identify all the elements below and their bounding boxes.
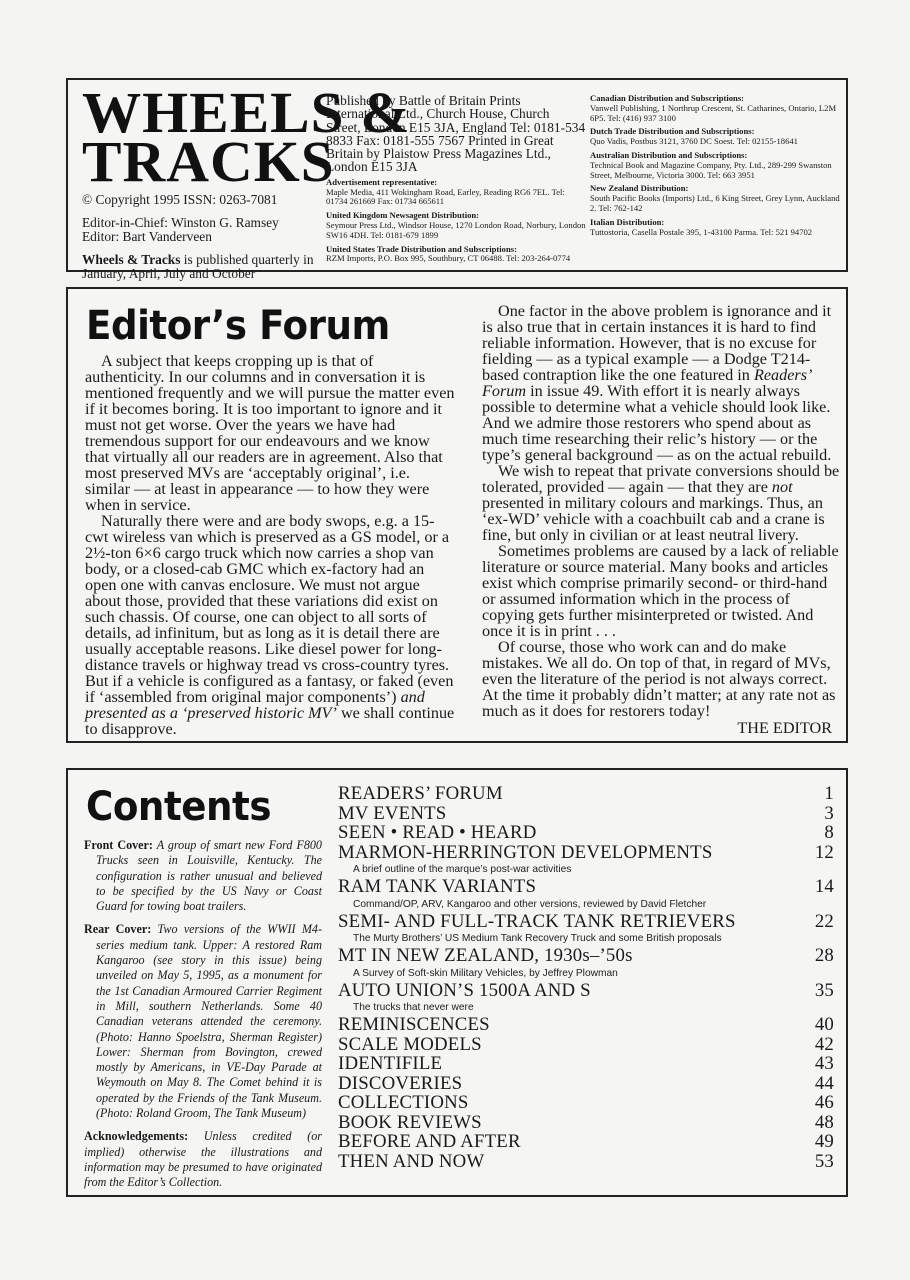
toc-entry[interactable]: SEEN • READ • HEARD8 [338,823,834,843]
toc-entry[interactable]: SEMI- AND FULL-TRACK TANK RETRIEVERS22 [338,912,834,932]
toc-page-number: 40 [815,1015,834,1035]
toc-title: AUTO UNION’S 1500A AND S [338,981,591,1001]
masthead-title-column: WHEELS & TRACKS © Copyright 1995 ISSN: 0… [82,88,332,281]
paragraph-text: Naturally there were and are body swops,… [85,512,453,706]
distribution-text: Vanwell Publishing, 1 Northrup Crescent,… [590,103,836,123]
toc-title: BEFORE AND AFTER [338,1132,521,1152]
note-label: Rear Cover: [84,922,151,936]
toc-title: IDENTIFILE [338,1054,442,1074]
toc-title: REMINISCENCES [338,1015,490,1035]
toc-entry[interactable]: DISCOVERIES44 [338,1074,834,1094]
distribution-text: Tuttostoria, Casella Postale 395, 1-4310… [590,227,812,237]
editors-forum-box: Editor’s Forum A subject that keeps crop… [66,287,848,743]
forum-title: Editor’s Forum [86,303,390,349]
cover-notes: Front Cover: A group of smart new Ford F… [84,838,322,1199]
toc-title: READERS’ FORUM [338,784,503,804]
toc-page-number: 35 [815,981,834,1001]
toc-title: RAM TANK VARIANTS [338,877,536,897]
distribution-block: Italian Distribution:Tuttostoria, Casell… [590,218,840,238]
distribution-block: United Kingdom Newsagent Distribution:Se… [326,211,586,240]
toc-title: SCALE MODELS [338,1035,482,1055]
toc-title: COLLECTIONS [338,1093,469,1113]
toc-title: BOOK REVIEWS [338,1113,482,1133]
forum-paragraph: We wish to repeat that private conversio… [482,463,842,543]
distribution-block: Dutch Trade Distribution and Subscriptio… [590,127,840,147]
toc-entry[interactable]: COLLECTIONS46 [338,1093,834,1113]
toc-page-number: 1 [824,784,834,804]
toc-entry[interactable]: MT IN NEW ZEALAND, 1930s–’50s28 [338,946,834,966]
toc-page-number: 28 [815,946,834,966]
forum-paragraph: One factor in the above problem is ignor… [482,303,842,463]
distribution-block: Canadian Distribution and Subscriptions:… [590,94,840,123]
distribution-block: Australian Distribution and Subscription… [590,151,840,180]
toc-entry[interactable]: IDENTIFILE43 [338,1054,834,1074]
paragraph-text: presented in military colours and markin… [482,494,825,544]
note-text: Two versions of the WWII M4-series mediu… [96,922,322,1120]
forum-paragraph: Naturally there were and are body swops,… [85,513,455,737]
toc-page-number: 53 [815,1152,834,1172]
distribution-block: New Zealand Distribution:South Pacific B… [590,184,840,213]
toc-title: THEN AND NOW [338,1152,484,1172]
toc-entry[interactable]: READERS’ FORUM1 [338,784,834,804]
publication-schedule: Wheels & Tracks is published quarterly i… [82,253,332,281]
international-distribution-column: Canadian Distribution and Subscriptions:… [590,94,840,237]
toc-title: MT IN NEW ZEALAND, 1930s–’50s [338,946,633,966]
distribution-text: Maple Media, 411 Wokingham Road, Earley,… [326,187,565,207]
toc-title: SEMI- AND FULL-TRACK TANK RETRIEVERS [338,912,736,932]
toc-title: MV EVENTS [338,804,446,824]
toc-page-number: 46 [815,1093,834,1113]
toc-page-number: 48 [815,1113,834,1133]
toc-page-number: 8 [824,823,834,843]
toc-subtitle: A Survey of Soft-skin Military Vehicles,… [338,966,834,981]
toc-page-number: 49 [815,1132,834,1152]
forum-paragraph: Sometimes problems are caused by a lack … [482,543,842,639]
publication-name: Wheels & Tracks [82,252,180,267]
toc-entry[interactable]: THEN AND NOW53 [338,1152,834,1172]
toc-entry[interactable]: BOOK REVIEWS48 [338,1113,834,1133]
editors-block: Editor-in-Chief: Winston G. Ramsey Edito… [82,216,332,244]
toc-title: DISCOVERIES [338,1074,462,1094]
toc-page-number: 43 [815,1054,834,1074]
forum-right-column: One factor in the above problem is ignor… [482,303,842,736]
toc-subtitle: Command/OP, ARV, Kangaroo and other vers… [338,897,834,912]
toc-entry[interactable]: BEFORE AND AFTER49 [338,1132,834,1152]
toc-entry[interactable]: RAM TANK VARIANTS14 [338,877,834,897]
copyright-line: © Copyright 1995 ISSN: 0263-7081 [82,192,332,207]
contents-box: Contents Front Cover: A group of smart n… [66,768,848,1197]
table-of-contents: READERS’ FORUM1MV EVENTS3SEEN • READ • H… [338,784,834,1171]
forum-left-column: A subject that keeps cropping up is that… [85,353,455,737]
toc-entry[interactable]: MV EVENTS3 [338,804,834,824]
paragraph-text: in issue 49. With effort it is nearly al… [482,382,831,464]
front-cover-note: Front Cover: A group of smart new Ford F… [84,838,322,914]
distribution-block: Advertisement representative:Maple Media… [326,178,586,207]
publisher-column: Published by Battle of Britain Prints In… [326,94,586,264]
contents-title: Contents [86,784,271,830]
distribution-block: United States Trade Distribution and Sub… [326,245,586,265]
note-label: Front Cover: [84,838,153,852]
logo-line-2: TRACKS [82,137,337,186]
toc-page-number: 22 [815,912,834,932]
toc-page-number: 3 [824,804,834,824]
toc-subtitle: A brief outline of the marque’s post-war… [338,862,834,877]
toc-subtitle: The Murty Brothers’ US Medium Tank Recov… [338,931,834,946]
magazine-logo: WHEELS & TRACKS [82,88,337,186]
toc-entry[interactable]: MARMON-HERRINGTON DEVELOPMENTS12 [338,843,834,863]
toc-entry[interactable]: SCALE MODELS42 [338,1035,834,1055]
editor: Editor: Bart Vanderveen [82,230,332,244]
forum-paragraph: Of course, those who work can and do mak… [482,639,842,719]
toc-subtitle: The trucks that never were [338,1000,834,1015]
toc-title: SEEN • READ • HEARD [338,823,537,843]
toc-page-number: 14 [815,877,834,897]
distribution-text: Technical Book and Magazine Company, Pty… [590,160,832,180]
toc-page-number: 42 [815,1035,834,1055]
editor-in-chief: Editor-in-Chief: Winston G. Ramsey [82,216,332,230]
masthead-box: WHEELS & TRACKS © Copyright 1995 ISSN: 0… [66,78,848,272]
editor-signoff: THE EDITOR [482,720,842,736]
note-label: Acknowledgements: [84,1129,188,1143]
toc-title: MARMON-HERRINGTON DEVELOPMENTS [338,843,713,863]
distribution-text: Quo Vadis, Postbus 3121, 3760 DC Soest. … [590,136,798,146]
rear-cover-note: Rear Cover: Two versions of the WWII M4-… [84,922,322,1121]
toc-entry[interactable]: REMINISCENCES40 [338,1015,834,1035]
distribution-text: South Pacific Books (Imports) Ltd., 6 Ki… [590,193,840,213]
toc-entry[interactable]: AUTO UNION’S 1500A AND S35 [338,981,834,1001]
forum-paragraph: A subject that keeps cropping up is that… [85,353,455,513]
acknowledgements-note: Acknowledgements: Unless credited (or im… [84,1129,322,1190]
publisher-info: Published by Battle of Britain Prints In… [326,94,586,174]
distribution-text: Seymour Press Ltd., Windsor House, 1270 … [326,220,586,240]
toc-page-number: 44 [815,1074,834,1094]
distribution-text: RZM Imports, P.O. Box 995, Southbury, CT… [326,253,570,263]
toc-page-number: 12 [815,843,834,863]
